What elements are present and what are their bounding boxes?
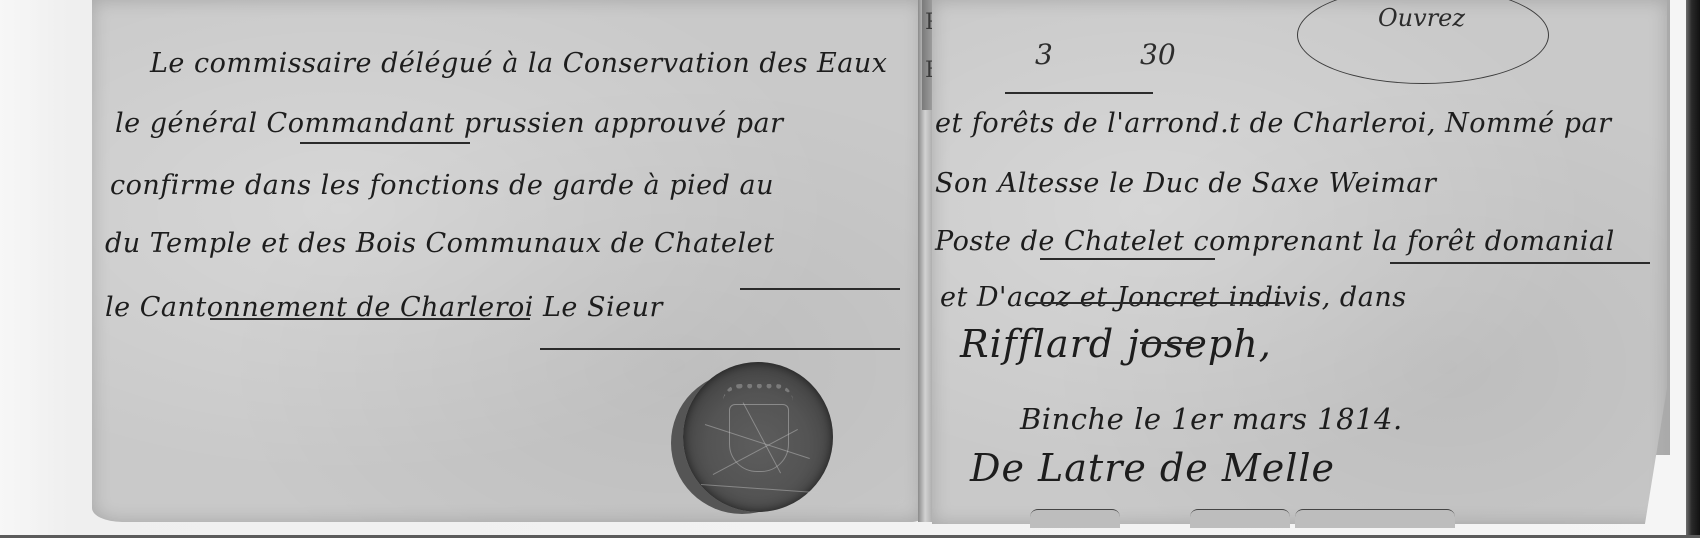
wax-seal [683, 362, 833, 512]
left-line-3: confirme dans les fonctions de garde à p… [110, 170, 774, 201]
right-line-2: Son Altesse le Duc de Saxe Weimar [935, 168, 1436, 199]
right-line-4-rule [1025, 302, 1285, 304]
folio-amount: 30 [1140, 38, 1176, 71]
place-date: Binche le 1er mars 1814. [1020, 402, 1403, 436]
torn-edge [1030, 509, 1120, 528]
right-line-3: Poste de Chatelet comprenant la forêt do… [935, 226, 1615, 257]
right-line-1: et forêts de l'arrond.t de Charleroi, No… [935, 108, 1612, 139]
right-line-3-rule-2 [1390, 262, 1650, 264]
torn-edge [1190, 509, 1290, 528]
official-signature: De Latre de Melle [970, 446, 1335, 490]
seal-crack [701, 484, 819, 493]
left-line-2: le général Commandant prussien approuvé … [115, 108, 784, 139]
left-line-4-rule [740, 288, 900, 290]
torn-edge [1295, 509, 1455, 528]
seal-bead-border [723, 384, 793, 401]
left-line-5-rule-2 [540, 348, 900, 350]
left-line-4: du Temple et des Bois Communaux de Chate… [105, 228, 775, 259]
folio-rule [1005, 92, 1153, 94]
right-line-4: et D'acoz et Joncret indivis, dans [940, 282, 1407, 313]
left-line-2-rule [300, 142, 470, 144]
right-line-3-rule [1040, 258, 1215, 260]
scan-right-border [1686, 0, 1700, 538]
guard-name-rule [1140, 342, 1200, 344]
guard-name: Rifflard joseph, [960, 322, 1272, 366]
stamp-signature: Ouvrez [1378, 4, 1465, 32]
left-line-5-rule [210, 318, 530, 320]
folio-number: 3 [1035, 38, 1053, 71]
left-line-1: Le commissaire délégué à la Conservation… [150, 48, 887, 79]
